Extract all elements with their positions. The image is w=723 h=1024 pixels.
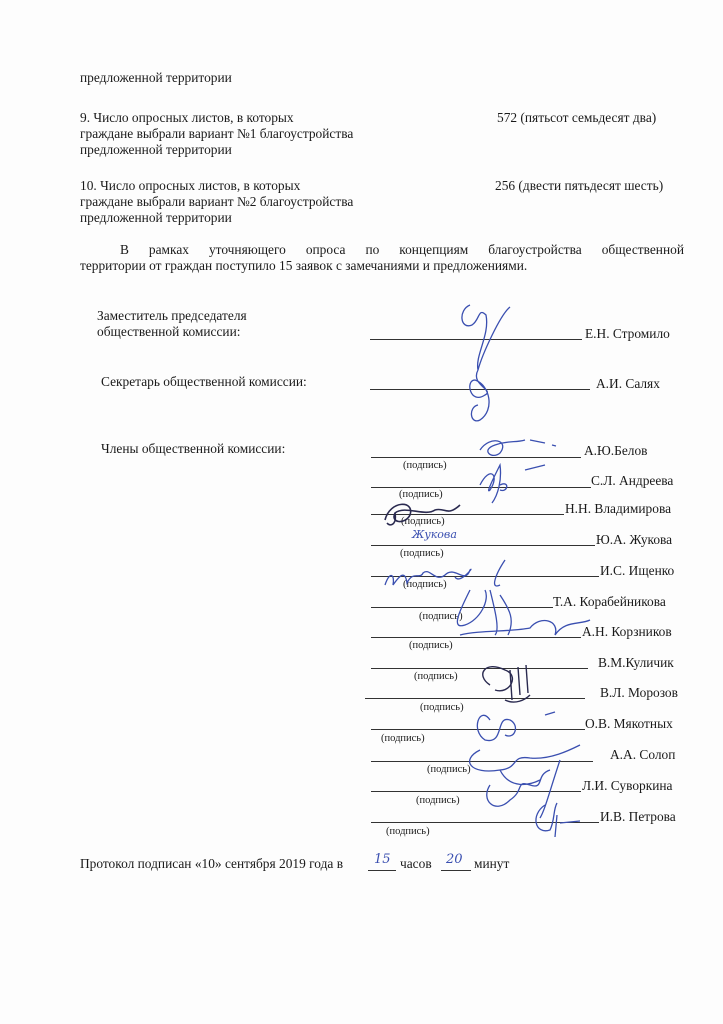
signature-petrova-icon	[525, 795, 585, 840]
summary-paragraph-line-2: территории от граждан поступило 15 заяво…	[80, 258, 527, 274]
signature-andreeva-icon	[470, 455, 560, 505]
member-name: Н.Н. Владимирова	[565, 501, 671, 517]
item-10-line-3: предложенной территории	[80, 210, 232, 226]
footer-prefix: Протокол подписан «10» сентября 2019 год…	[80, 856, 343, 872]
member-name: А.Ю.Белов	[584, 443, 647, 459]
item-9-line-2: граждане выбрали вариант №1 благоустройс…	[80, 126, 353, 142]
member-name: В.Л. Морозов	[600, 685, 678, 701]
footer-minutes: 20	[446, 852, 463, 867]
signature-vladimirova-icon	[375, 495, 475, 530]
footer-minutes-label: минут	[474, 856, 509, 872]
signature-zhukova-icon: Жукова	[412, 528, 457, 541]
footer-hours-label: часов	[400, 856, 432, 872]
item-9-line-3: предложенной территории	[80, 142, 232, 158]
hours-line	[368, 870, 396, 871]
member-name: В.М.Куличик	[598, 655, 674, 671]
summary-paragraph-line-1: В рамках уточняющего опроса по концепция…	[80, 241, 684, 258]
member-name: С.Л. Андреева	[591, 473, 673, 489]
item-9-line-1: 9. Число опросных листов, в которых	[80, 110, 294, 126]
item-10-value: 256 (двести пятьдесят шесть)	[495, 178, 663, 194]
member-name: Ю.А. Жукова	[596, 532, 672, 548]
minutes-line	[441, 870, 471, 871]
deputy-name: Е.Н. Стромило	[585, 326, 670, 342]
member-name: И.С. Ищенко	[600, 563, 674, 579]
signature-caption: (подпись)	[414, 671, 458, 683]
item-10-line-1: 10. Число опросных листов, в которых	[80, 178, 300, 194]
members-label: Члены общественной комиссии:	[101, 441, 285, 457]
footer-hours: 15	[374, 852, 391, 867]
signature-caption: (подпись)	[403, 460, 447, 472]
secretary-label: Секретарь общественной комиссии:	[101, 374, 307, 390]
signature-korabeynikova-icon	[440, 580, 600, 640]
member-name: И.В. Петрова	[600, 809, 676, 825]
continued-text: предложенной территории	[80, 70, 232, 86]
member-name: А.А. Солоп	[610, 747, 675, 763]
signature-caption: (подпись)	[386, 826, 430, 838]
item-10-line-2: граждане выбрали вариант №2 благоустройс…	[80, 194, 353, 210]
item-9-value: 572 (пятьсот семьдесят два)	[497, 110, 656, 126]
signature-stromilo-salyah-icon	[440, 295, 520, 435]
signature-caption: (подпись)	[409, 640, 453, 652]
secretary-name: А.И. Салях	[596, 376, 660, 392]
deputy-label-1: Заместитель председателя	[97, 308, 247, 324]
signature-caption: (подпись)	[381, 733, 425, 745]
deputy-label-2: общественной комиссии:	[97, 324, 240, 340]
signature-line	[371, 545, 595, 546]
